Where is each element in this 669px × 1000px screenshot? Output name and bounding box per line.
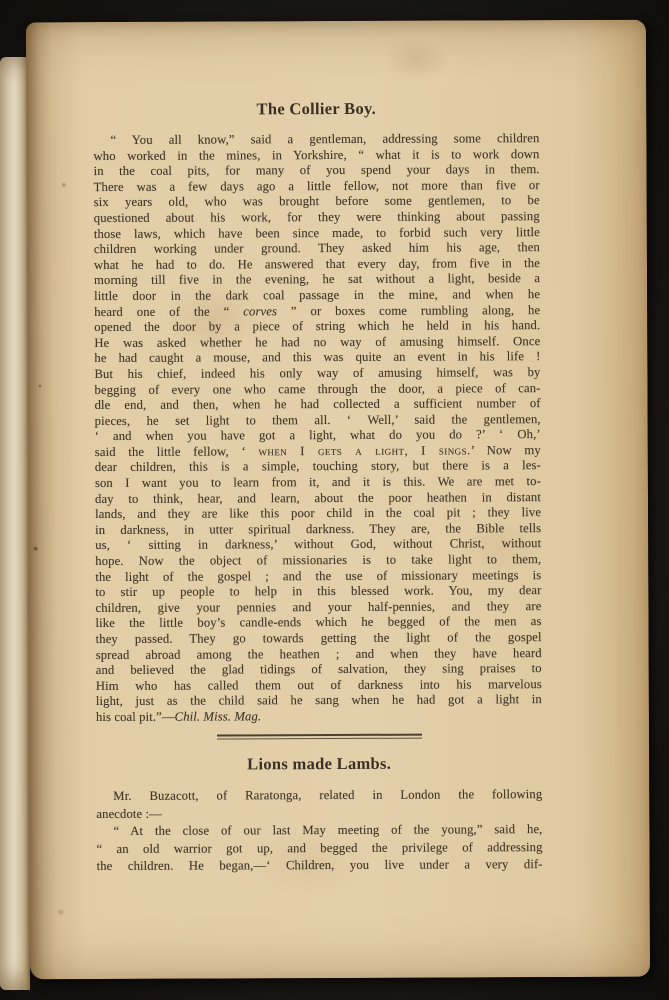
text-line: Mr. Buzacott, of Raratonga, related in L… (96, 786, 542, 805)
page-content: The Collier Boy. “ You all know,” said a… (93, 98, 542, 876)
story-title: Lions made Lambs. (96, 753, 542, 775)
book-page: The Collier Boy. “ You all know,” said a… (26, 20, 650, 980)
text-line: the children. He began,—‘ Children, you … (97, 856, 543, 875)
scan-background: The Collier Boy. “ You all know,” said a… (0, 0, 669, 1000)
text-line: light, just as the child said he sang wh… (96, 692, 542, 710)
text-line: “ At the close of our last May meeting o… (96, 821, 542, 840)
text-line: anecdote :— (96, 804, 542, 823)
story-text: “ You all know,” said a gentleman, addre… (93, 131, 542, 726)
facing-page-edge (0, 57, 30, 990)
text-line: “ an old warrior got up, and begged the … (96, 839, 542, 858)
gutter-shadow (26, 22, 56, 979)
section-divider-rule (217, 733, 422, 739)
story-text: Mr. Buzacott, of Raratonga, related in L… (96, 786, 542, 875)
text-line: his coal pit.”—Chil. Miss. Mag. (96, 708, 542, 726)
story-title: The Collier Boy. (93, 98, 539, 120)
story-lions-made-lambs: Lions made Lambs. Mr. Buzacott, of Rarat… (96, 753, 543, 875)
story-collier-boy: The Collier Boy. “ You all know,” said a… (93, 98, 542, 726)
